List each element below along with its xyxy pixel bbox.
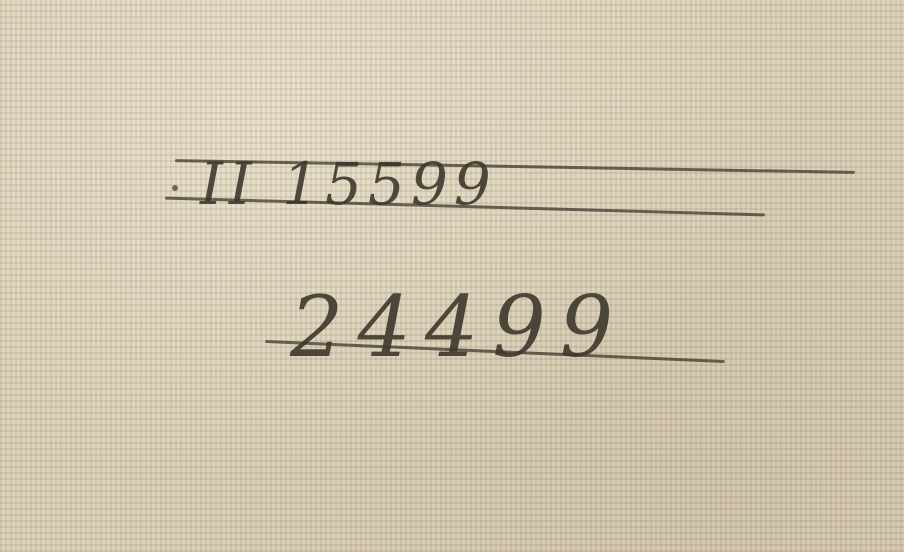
inscription-line-1: II 15599 (200, 150, 497, 218)
inscription-line-2: 24499 (290, 278, 627, 376)
ink-mark (172, 185, 178, 191)
